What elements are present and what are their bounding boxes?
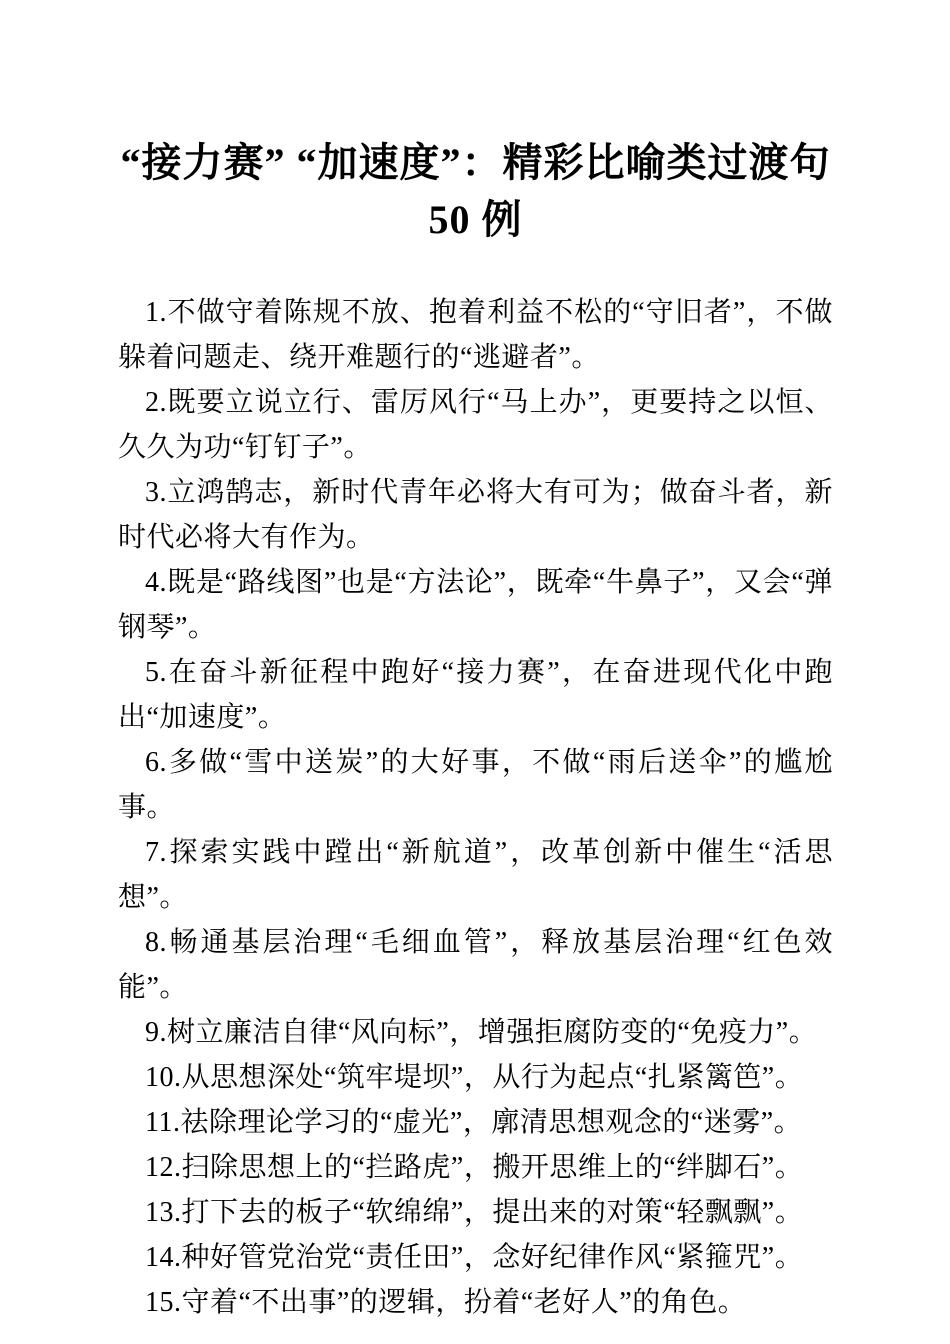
document-title-line-1: “接力赛” “加速度”：精彩比喻类过渡句 (118, 134, 833, 191)
document-page: “接力赛” “加速度”：精彩比喻类过渡句 50 例 1.不做守着陈规不放、抱着利… (0, 0, 950, 1344)
list-item-14: 14.种好管党治党“责任田”，念好纪律作风“紧箍咒”。 (118, 1235, 833, 1280)
list-item-1: 1.不做守着陈规不放、抱着利益不松的“守旧者”，不做躲着问题走、绕开难题行的“逃… (118, 290, 833, 380)
list-item-10: 10.从思想深处“筑牢堤坝”，从行为起点“扎紧篱笆”。 (118, 1055, 833, 1100)
list-item-9: 9.树立廉洁自律“风向标”，增强拒腐防变的“免疫力”。 (118, 1010, 833, 1055)
list-item-11: 11.祛除理论学习的“虚光”，廓清思想观念的“迷雾”。 (118, 1100, 833, 1145)
document-title-line-2: 50 例 (118, 191, 833, 248)
list-item-4: 4.既是“路线图”也是“方法论”，既牵“牛鼻子”，又会“弹钢琴”。 (118, 560, 833, 650)
list-item-13: 13.打下去的板子“软绵绵”，提出来的对策“轻飘飘”。 (118, 1190, 833, 1235)
list-item-7: 7.探索实践中蹚出“新航道”，改革创新中催生“活思想”。 (118, 830, 833, 920)
list-item-6: 6.多做“雪中送炭”的大好事，不做“雨后送伞”的尴尬事。 (118, 740, 833, 830)
list-item-8: 8.畅通基层治理“毛细血管”，释放基层治理“红色效能”。 (118, 920, 833, 1010)
document-title: “接力赛” “加速度”：精彩比喻类过渡句 50 例 (118, 134, 833, 248)
list-item-2: 2.既要立说立行、雷厉风行“马上办”，更要持之以恒、久久为功“钉钉子”。 (118, 380, 833, 470)
list-item-3: 3.立鸿鹄志，新时代青年必将大有可为；做奋斗者，新时代必将大有作为。 (118, 470, 833, 560)
document-body: 1.不做守着陈规不放、抱着利益不松的“守旧者”，不做躲着问题走、绕开难题行的“逃… (118, 290, 833, 1325)
list-item-12: 12.扫除思想上的“拦路虎”，搬开思维上的“绊脚石”。 (118, 1145, 833, 1190)
list-item-5: 5.在奋斗新征程中跑好“接力赛”，在奋进现代化中跑出“加速度”。 (118, 650, 833, 740)
list-item-15: 15.守着“不出事”的逻辑，扮着“老好人”的角色。 (118, 1280, 833, 1325)
